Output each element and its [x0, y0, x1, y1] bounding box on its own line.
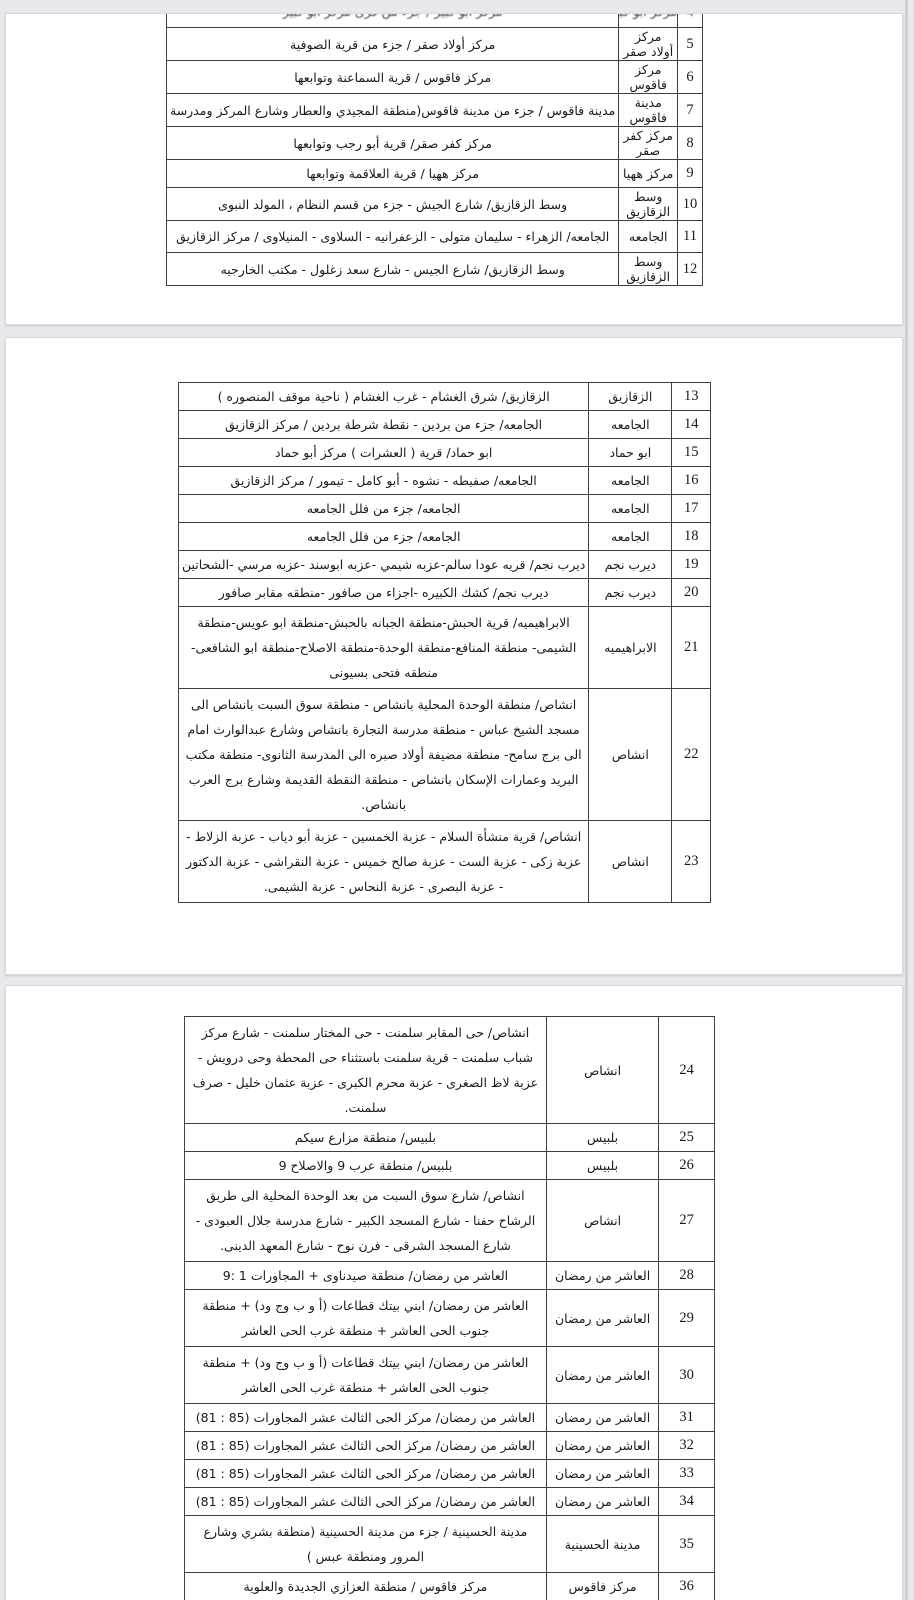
description-cell: انشاص/ حى المقابر سلمنت - حى المختار سلم… — [185, 1017, 547, 1124]
table-row: 14الجامعهالجامعه/ جزء من بردين - نقطة شر… — [179, 411, 711, 439]
area-name-cell: مركز ههيا — [619, 160, 678, 188]
table-row: 36مركز فاقوسمركز فاقوس / منطقة العزازي ا… — [185, 1573, 715, 1600]
table-row: 25بلبيسبلبيس/ منطقة مزارع سيكم — [185, 1124, 715, 1152]
table-row: 8مركز كفر صقرمركز كفر صقر/ قرية أبو رجب … — [167, 127, 703, 160]
table-row: 28العاشر من رمضانالعاشر من رمضان/ منطقة … — [185, 1262, 715, 1290]
row-number-cell: 31 — [659, 1404, 715, 1432]
table-row: 5مركز أولاد صقرمركز أولاد صقر / جزء من ق… — [167, 28, 703, 61]
description-cell: الزقازيق/ شرق الغشام - غرب الغشام ( ناحي… — [179, 383, 589, 411]
table-row: 6مركز فاقوسمركز فاقوس / قرية السماعنة وت… — [167, 61, 703, 94]
table-row: 35مدينة الحسينيةمدينة الحسينية / جزء من … — [185, 1516, 715, 1573]
area-name-cell: العاشر من رمضان — [546, 1404, 658, 1432]
row-number-cell: 21 — [672, 607, 711, 689]
area-name-cell: ابو حماد — [589, 439, 672, 467]
table-row: 15ابو حمادابو حماد/ قرية ( العشرات ) مرك… — [179, 439, 711, 467]
description-cell: العاشر من رمضان/ مركز الحى الثالث عشر ال… — [185, 1488, 547, 1516]
table-row: 33العاشر من رمضانالعاشر من رمضان/ مركز ا… — [185, 1460, 715, 1488]
area-name-cell: انشاص — [589, 821, 672, 903]
row-number-cell: 19 — [672, 551, 711, 579]
row-number-cell: 27 — [659, 1180, 715, 1262]
table-row: 16الجامعهالجامعه/ صفيطه - نشوه - أبو كام… — [179, 467, 711, 495]
description-cell: مدينة فاقوس / جزء من مدينة فاقوس(منطقة ا… — [167, 94, 619, 127]
row-number-cell: 22 — [672, 689, 711, 821]
description-cell: العاشر من رمضان/ مركز الحى الثالث عشر ال… — [185, 1432, 547, 1460]
row-number-cell: 17 — [672, 495, 711, 523]
table-row: 21الابراهيميهالابراهيميه/ قرية الحبش-منط… — [179, 607, 711, 689]
area-name-cell: مركز فاقوس — [619, 61, 678, 94]
table-row: 17الجامعهالجامعه/ جزء من فلل الجامعه — [179, 495, 711, 523]
row-number-cell: 13 — [672, 383, 711, 411]
description-cell: انشاص/ منطقة الوحدة المحلية بانشاص - منط… — [179, 689, 589, 821]
area-name-cell: الجامعه — [589, 467, 672, 495]
description-cell: الجامعه/ جزء من بردين - نقطة شرطة بردين … — [179, 411, 589, 439]
row-number-cell: 6 — [678, 61, 703, 94]
table-row: 23انشاصانشاص/ قرية منشأة السلام - عزبة ا… — [179, 821, 711, 903]
row-number-cell: 7 — [678, 94, 703, 127]
row-number-cell: 30 — [659, 1347, 715, 1404]
row-number-cell: 29 — [659, 1290, 715, 1347]
row-number-cell: 32 — [659, 1432, 715, 1460]
row-number-cell: 10 — [678, 188, 703, 221]
row-number-cell: 28 — [659, 1262, 715, 1290]
document-page-3: 24انشاصانشاص/ حى المقابر سلمنت - حى المخ… — [5, 985, 903, 1600]
area-name-cell: الجامعه — [589, 495, 672, 523]
row-number-cell: 15 — [672, 439, 711, 467]
area-name-cell: بلبيس — [546, 1152, 658, 1180]
screenshot-root: { "document": { "language": "ar", "descr… — [0, 0, 914, 1600]
description-cell: الجامعه/ جزء من فلل الجامعه — [179, 495, 589, 523]
area-name-cell: مركز ابو كبير — [619, 14, 678, 28]
table-row: 12وسط الزقازيقوسط الزقازيق/ شارع الجيس -… — [167, 253, 703, 286]
row-number-cell: 16 — [672, 467, 711, 495]
area-name-cell: العاشر من رمضان — [546, 1262, 658, 1290]
row-number-cell: 24 — [659, 1017, 715, 1124]
table-row: 18الجامعهالجامعه/ جزء من فلل الجامعه — [179, 523, 711, 551]
description-cell: مركز فاقوس / منطقة العزازي الجديدة والعل… — [185, 1573, 547, 1600]
description-cell: مدينة الحسينية / جزء من مدينة الحسينية (… — [185, 1516, 547, 1573]
row-number-cell: 14 — [672, 411, 711, 439]
description-cell: مركز ههيا / قرية العلاقمة وتوابعها — [167, 160, 619, 188]
area-name-cell: العاشر من رمضان — [546, 1488, 658, 1516]
description-cell: العاشر من رمضان/ مركز الحى الثالث عشر ال… — [185, 1404, 547, 1432]
description-cell: ديرب نجم/ كشك الكبيره -اجزاء من صافور -م… — [179, 579, 589, 607]
description-cell: الابراهيميه/ قرية الحبش-منطقة الجبانه با… — [179, 607, 589, 689]
row-number-cell: 36 — [659, 1573, 715, 1600]
area-name-cell: الزقازيق — [589, 383, 672, 411]
table-row: 34العاشر من رمضانالعاشر من رمضان/ مركز ا… — [185, 1488, 715, 1516]
description-cell: وسط الزقازيق/ شارع الجيس - شارع سعد زغلو… — [167, 253, 619, 286]
districts-table-wrap-1: 4مركز ابو كبيرمركز ابو كبير / جزء من قرى… — [166, 14, 703, 286]
area-name-cell: العاشر من رمضان — [546, 1290, 658, 1347]
description-cell: بلبيس/ منطقة عرب 9 والاصلاح 9 — [185, 1152, 547, 1180]
table-row: 9مركز ههيامركز ههيا / قرية العلاقمة وتوا… — [167, 160, 703, 188]
table-row: 22انشاصانشاص/ منطقة الوحدة المحلية بانشا… — [179, 689, 711, 821]
table-row: 10وسط الزقازيقوسط الزقازيق/ شارع الجيش -… — [167, 188, 703, 221]
area-name-cell: انشاص — [546, 1180, 658, 1262]
table-row: 13الزقازيقالزقازيق/ شرق الغشام - غرب الغ… — [179, 383, 711, 411]
row-number-cell: 34 — [659, 1488, 715, 1516]
table-row: 20ديرب نجمديرب نجم/ كشك الكبيره -اجزاء م… — [179, 579, 711, 607]
area-name-cell: مركز أولاد صقر — [619, 28, 678, 61]
area-name-cell: الجامعه — [589, 411, 672, 439]
document-page-2: 13الزقازيقالزقازيق/ شرق الغشام - غرب الغ… — [5, 337, 903, 975]
area-name-cell: مدينة فاقوس — [619, 94, 678, 127]
table-row: 31العاشر من رمضانالعاشر من رمضان/ مركز ا… — [185, 1404, 715, 1432]
districts-table-wrap-2: 13الزقازيقالزقازيق/ شرق الغشام - غرب الغ… — [178, 382, 711, 903]
row-number-cell: 20 — [672, 579, 711, 607]
row-number-cell: 25 — [659, 1124, 715, 1152]
table-row: 7مدينة فاقوسمدينة فاقوس / جزء من مدينة ف… — [167, 94, 703, 127]
area-name-cell: مركز فاقوس — [546, 1573, 658, 1600]
row-number-cell: 23 — [672, 821, 711, 903]
description-cell: انشاص/ شارع سوق السبت من بعد الوحدة المح… — [185, 1180, 547, 1262]
area-name-cell: وسط الزقازيق — [619, 188, 678, 221]
document-page-1: 4مركز ابو كبيرمركز ابو كبير / جزء من قرى… — [5, 13, 903, 325]
districts-table-2: 13الزقازيقالزقازيق/ شرق الغشام - غرب الغ… — [178, 382, 711, 903]
description-cell: العاشر من رمضان/ ابني بيتك قطاعات (أ و ب… — [185, 1290, 547, 1347]
table-row: 19ديرب نجمديرب نجم/ قريه عودا سالم-عزبه … — [179, 551, 711, 579]
description-cell: مركز فاقوس / قرية السماعنة وتوابعها — [167, 61, 619, 94]
table-row: 29العاشر من رمضانالعاشر من رمضان/ ابني ب… — [185, 1290, 715, 1347]
description-cell: الجامعه/ الزهراء - سليمان متولى - الزعفر… — [167, 221, 619, 253]
row-number-cell: 26 — [659, 1152, 715, 1180]
row-number-cell: 11 — [678, 221, 703, 253]
description-cell: الجامعه/ صفيطه - نشوه - أبو كامل - تيمور… — [179, 467, 589, 495]
area-name-cell: وسط الزقازيق — [619, 253, 678, 286]
page-right-edge — [905, 0, 908, 1600]
area-name-cell: العاشر من رمضان — [546, 1460, 658, 1488]
description-cell: انشاص/ قرية منشأة السلام - عزبة الخمسين … — [179, 821, 589, 903]
area-name-cell: ديرب نجم — [589, 579, 672, 607]
description-cell: العاشر من رمضان/ منطقة صيدناوى + المجاور… — [185, 1262, 547, 1290]
area-name-cell: الابراهيميه — [589, 607, 672, 689]
description-cell: الجامعه/ جزء من فلل الجامعه — [179, 523, 589, 551]
description-cell: مركز ابو كبير / جزء من قرى مركز ابو كبير — [167, 14, 619, 28]
area-name-cell: العاشر من رمضان — [546, 1347, 658, 1404]
row-number-cell: 35 — [659, 1516, 715, 1573]
area-name-cell: مركز كفر صقر — [619, 127, 678, 160]
districts-table-wrap-3: 24انشاصانشاص/ حى المقابر سلمنت - حى المخ… — [184, 1016, 715, 1600]
row-number-cell: 8 — [678, 127, 703, 160]
table-row: 4مركز ابو كبيرمركز ابو كبير / جزء من قرى… — [167, 14, 703, 28]
description-cell: وسط الزقازيق/ شارع الجيش - جزء من قسم ال… — [167, 188, 619, 221]
row-number-cell: 5 — [678, 28, 703, 61]
area-name-cell: مدينة الحسينية — [546, 1516, 658, 1573]
description-cell: ابو حماد/ قرية ( العشرات ) مركز أبو حماد — [179, 439, 589, 467]
row-number-cell: 33 — [659, 1460, 715, 1488]
table-row: 27انشاصانشاص/ شارع سوق السبت من بعد الوح… — [185, 1180, 715, 1262]
row-number-cell: 18 — [672, 523, 711, 551]
area-name-cell: الجامعه — [589, 523, 672, 551]
area-name-cell: انشاص — [546, 1017, 658, 1124]
table-row: 26بلبيسبلبيس/ منطقة عرب 9 والاصلاح 9 — [185, 1152, 715, 1180]
area-name-cell: العاشر من رمضان — [546, 1432, 658, 1460]
table-row: 24انشاصانشاص/ حى المقابر سلمنت - حى المخ… — [185, 1017, 715, 1124]
area-name-cell: انشاص — [589, 689, 672, 821]
area-name-cell: الجامعه — [619, 221, 678, 253]
table-row: 30العاشر من رمضانالعاشر من رمضان/ ابني ب… — [185, 1347, 715, 1404]
row-number-cell: 12 — [678, 253, 703, 286]
area-name-cell: ديرب نجم — [589, 551, 672, 579]
description-cell: مركز أولاد صقر / جزء من قرية الصوفية — [167, 28, 619, 61]
districts-table-1: 4مركز ابو كبيرمركز ابو كبير / جزء من قرى… — [166, 14, 703, 286]
districts-table-3: 24انشاصانشاص/ حى المقابر سلمنت - حى المخ… — [184, 1016, 715, 1600]
description-cell: العاشر من رمضان/ ابني بيتك قطاعات (أ و ب… — [185, 1347, 547, 1404]
row-number-cell: 9 — [678, 160, 703, 188]
row-number-cell: 4 — [678, 14, 703, 28]
description-cell: مركز كفر صقر/ قرية أبو رجب وتوابعها — [167, 127, 619, 160]
area-name-cell: بلبيس — [546, 1124, 658, 1152]
description-cell: بلبيس/ منطقة مزارع سيكم — [185, 1124, 547, 1152]
table-row: 11الجامعهالجامعه/ الزهراء - سليمان متولى… — [167, 221, 703, 253]
description-cell: ديرب نجم/ قريه عودا سالم-عزبه شيمي -عزبه… — [179, 551, 589, 579]
table-row: 32العاشر من رمضانالعاشر من رمضان/ مركز ا… — [185, 1432, 715, 1460]
description-cell: العاشر من رمضان/ مركز الحى الثالث عشر ال… — [185, 1460, 547, 1488]
